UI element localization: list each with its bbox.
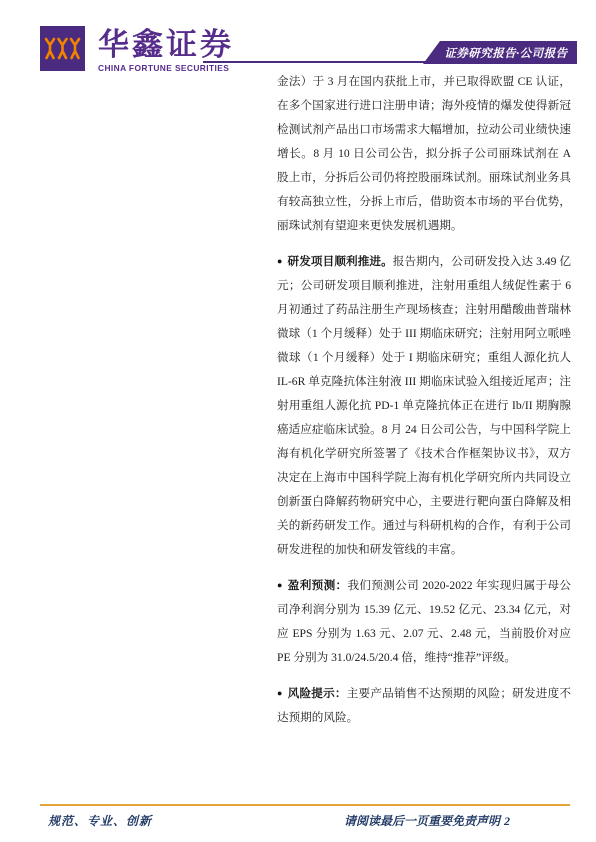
company-name-en: CHINA FORTUNE SECURITIES: [98, 63, 234, 73]
report-body: 金法）于 3 月在国内获批上市，并已取得欧盟 CE 认证，在多个国家进行进口注册…: [277, 70, 571, 742]
page-number: 2: [504, 814, 510, 828]
footer-divider: [40, 804, 570, 806]
disclaimer-text: 请阅读最后一页重要免责声明: [344, 814, 500, 828]
bullet-icon: ●: [277, 688, 283, 698]
paragraph-lead: 盈利预测：: [288, 579, 348, 592]
logo-mark: [40, 26, 85, 71]
three-figures-icon: [40, 58, 85, 75]
report-bullet-paragraph: ●风险提示：主要产品销售不达预期的风险；研发进度不达预期的风险。: [277, 682, 571, 730]
paragraph-text: 报告期内，公司研发投入达 3.49 亿元；公司研发项目顺利推进，注射用重组人绒促…: [277, 255, 571, 556]
paragraph-lead: 研发项目顺利推进。: [288, 255, 393, 268]
footer-disclaimer: 请阅读最后一页重要免责声明2: [344, 812, 510, 829]
report-type-banner: 证券研究报告·公司报告: [423, 41, 577, 64]
report-type-label: 证券研究报告·公司报告: [444, 45, 567, 61]
paragraph-lead: 风险提示：: [288, 687, 347, 700]
bullet-icon: ●: [277, 580, 283, 590]
company-name-cn: 华鑫证券: [98, 28, 234, 61]
company-logo: 华鑫证券 CHINA FORTUNE SECURITIES: [40, 26, 234, 73]
paragraph-text: 金法）于 3 月在国内获批上市，并已取得欧盟 CE 认证，在多个国家进行进口注册…: [277, 75, 571, 232]
logo-names: 华鑫证券 CHINA FORTUNE SECURITIES: [98, 26, 234, 73]
report-page: 华鑫证券 CHINA FORTUNE SECURITIES 证券研究报告·公司报…: [0, 0, 596, 842]
header-divider: [203, 61, 427, 63]
report-paragraph: 金法）于 3 月在国内获批上市，并已取得欧盟 CE 认证，在多个国家进行进口注册…: [277, 70, 571, 238]
report-bullet-paragraph: ●盈利预测：我们预测公司 2020-2022 年实现归属于母公司净利润分别为 1…: [277, 574, 571, 670]
footer-slogan: 规范、专业、创新: [48, 812, 152, 829]
report-bullet-paragraph: ●研发项目顺利推进。报告期内，公司研发投入达 3.49 亿元；公司研发项目顺利推…: [277, 250, 571, 562]
bullet-icon: ●: [277, 256, 283, 266]
